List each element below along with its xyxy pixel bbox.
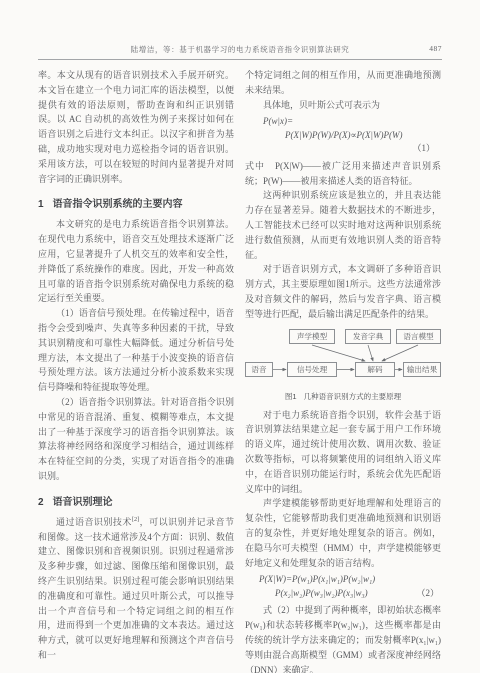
running-title: 陆增洁，等：基于机器学习的电力系统语音指令识别算法研究 [131,45,350,54]
equation-line: P(x₂|w₂)P(w₃|w₂)P(x₃|w₃)（2） [245,587,441,601]
section-title: 语音识别理论 [53,497,113,508]
asr-flow-diagram: 声学模型 发音字典 语言模型 语音 信号处理 解码 输出结果 [245,329,441,387]
paragraph-algorithm: （2）语音指令识别算法。针对语音指令识别中常见的语音混淆、重复、模糊等难点，本文… [38,395,234,484]
header-rule [38,59,442,60]
node-decoder: 解码 [355,362,395,377]
figure-caption-label: 图1 [285,392,297,401]
paragraph-two-systems: 这两种识别系统应该是独立的，并且表达能力存在显著差异。随着大数据技术的不断进步，… [245,188,441,262]
paragraph-preprocess: （1）语音信号预处理。在传输过程中，语音指令会受到噪声、失真等多种因素的干扰，导… [38,306,234,395]
node-output-result: 输出结果 [403,362,441,377]
paragraph-overview: 本文研究的是电力系统语音指令识别算法。在现代电力系统中，语音交互处理技术逐渐广泛… [38,217,234,306]
figure-caption: 图1几种语音识别方式的主要原理 [245,391,441,402]
paragraph-carryover: 个特定词组之间的相互作用，从而更准确地预测未来结果。 [245,68,441,98]
paragraph-carryover: 率。本文从现有的语音识别技术入手展开研究。本文旨在建立一个电力词汇库的语法模型，… [38,68,234,186]
paragraph-theory: 通过语音识别技术[2]，可以识别并记录音节和图像。这一技术通常涉及4个方面：识别… [38,515,234,663]
paragraph-bayes-intro: 具体地，贝叶斯公式可表示为 [245,98,441,113]
right-column: 个特定词组之间的相互作用，从而更准确地预测未来结果。 具体地，贝叶斯公式可表示为… [245,68,441,673]
node-pronunciation-dict: 发音字典 [345,329,391,344]
paragraph-methods: 对于语音识别方式，本文调研了多种语音识别方式，其主要原理如图1所示。这些方法通常… [245,262,441,321]
equation-line: P(X|W)=P(w₁)P(x₁|w₁)P(w₂|w₁) [245,573,441,587]
paragraph-acoustic-modeling: 声学建模能够帮助更好地理解和处理语言的复杂性，它能够帮助我们更准确地预测和识别语… [245,496,441,570]
node-language-model: 语言模型 [396,329,441,344]
paper-page: 陆增洁，等：基于机器学习的电力系统语音指令识别算法研究 487 率。本文从现有的… [0,0,480,673]
page-number: 487 [429,44,442,53]
equation-line: P(X|W)P(W)/P(X)∝P(X|W)P(W) [245,129,441,143]
node-signal-processing: 信号处理 [287,362,337,377]
figure-1: 声学模型 发音字典 语言模型 语音 信号处理 解码 输出结果 图1几种语音识别方… [245,329,441,402]
page-header: 陆增洁，等：基于机器学习的电力系统语音指令识别算法研究 487 [38,44,442,55]
two-column-body: 率。本文从现有的语音识别技术入手展开研究。本文旨在建立一个电力词汇库的语法模型，… [38,68,442,673]
figure-caption-text: 几种语音识别方式的主要原理 [304,392,402,401]
equation-2: P(X|W)=P(w₁)P(x₁|w₁)P(w₂|w₁) P(x₂|w₂)P(w… [245,573,441,600]
section-heading-1: 1语音指令识别系统的主要内容 [38,195,234,210]
paragraph-text: ，可以识别并记录音节和图像。这一技术通常涉及4个方面：识别、数值建立、图像识别和… [38,517,234,660]
equation-line: P(w|x)= [245,115,441,129]
section-number: 1 [38,199,44,210]
section-number: 2 [38,497,44,508]
equation-number: （2） [416,587,439,601]
equation-1: P(w|x)= P(X|W)P(W)/P(X)∝P(X|W)P(W) （1） [245,115,441,156]
paragraph-text: 通过语音识别技术 [56,517,132,527]
paragraph-hmm-probabilities: 式（2）中提到了两种概率，即初始状态概率P(w₁)和状态转移概率P(w₂|w₁)… [245,603,441,673]
section-heading-2: 2语音识别理论 [38,493,234,508]
left-column: 率。本文从现有的语音识别技术入手展开研究。本文旨在建立一个电力词汇库的语法模型，… [38,68,234,673]
node-speech-input: 语音 [245,362,273,377]
paragraph-where-clause: 式中 P(X|W)——被广泛用来描述声音识别系统；P(W)——被用来描述人类的语… [245,159,441,189]
equation-text: P(x₂|w₂)P(w₃|w₂)P(x₃|w₃) [275,588,368,598]
paragraph-semantic-library: 对于电力系统语音指令识别，软件会基于语音识别算法结果建立起一套专属于用户工作环境… [245,408,441,497]
node-acoustic-model: 声学模型 [289,329,335,344]
section-title: 语音指令识别系统的主要内容 [53,199,183,210]
equation-number: （1） [245,142,441,156]
